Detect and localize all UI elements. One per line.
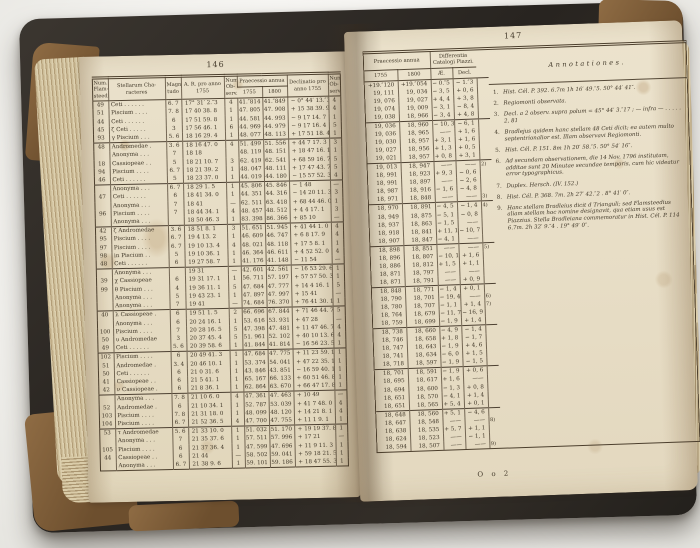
table-cell: 6 (171, 385, 187, 394)
header-declinatio: Declinatio pro anno 1755 (287, 73, 328, 97)
table-cell: 102 (98, 353, 114, 362)
table-cell: − 1, 5 (436, 219, 458, 228)
annotation-text: Ad secundam observationem, die 14 Nov. 1… (505, 152, 685, 178)
annotation-number: 5. (495, 147, 505, 154)
table-cell: 67. 844 (267, 307, 292, 316)
table-cell: 21 38 9. 6 (189, 460, 232, 470)
table-cell: 5. 6 (172, 427, 188, 436)
table-cell: 44. 180 (264, 173, 289, 182)
table-cell: 1 (332, 297, 344, 306)
table-cell: — (331, 213, 343, 222)
annotation-text: Hist. Cél. P. 151. 8m 1h 20′ 58.″5. 50° … (505, 141, 684, 154)
table-cell: 4 (328, 105, 340, 113)
table-body-left: 49Ceti . . . . . .6. 717° 31′ 2.″3441.″8… (92, 96, 348, 471)
table-cell: + 1, 6 (441, 376, 463, 385)
table-cell: 1 (232, 459, 245, 468)
header-differentia-piazzi: Differentia Catalogi Piazzi. (430, 50, 477, 68)
table-cell: 18, 507 (410, 442, 443, 451)
table-cell (225, 149, 238, 157)
table-cell: 1 (332, 264, 344, 273)
table-cell: 1 (230, 350, 243, 359)
table-cell: 47. 775 (268, 349, 293, 358)
printer-signature-mark: O o 2 (477, 469, 511, 478)
table-cell: 4 (331, 231, 343, 239)
annotation-text: Hist. Cél. P. 392. 6.7m 1h 16′ 49.″5. 50… (503, 83, 682, 96)
table-cell: 4 (331, 222, 343, 231)
table-cell: 48. 113 (263, 131, 288, 140)
table-cell: 59. 101 (245, 459, 270, 468)
table-cell: 44. 316 (264, 190, 289, 199)
table-cell: 4 (330, 171, 342, 180)
table-cell: 7 (169, 301, 185, 310)
annotation-number: 3. (494, 112, 504, 126)
table-cell: 1 (334, 357, 346, 365)
table-cell: 5. 6 (166, 133, 182, 142)
table-cell: —— (465, 440, 489, 449)
table-cell: 1 (228, 275, 241, 283)
table-cell: 1 (225, 132, 238, 141)
table-cell: + 71 46 44. 7 (292, 306, 333, 316)
table-cell: 47. 696 (269, 442, 294, 451)
table-cell: 44. 019 (239, 173, 264, 182)
header-praecessio-annua: Praecessio annua (237, 74, 287, 87)
table-cell: 1 (226, 165, 239, 173)
numeric-columns-right: Praecessio annua Differentia Catalogi Pi… (364, 50, 502, 452)
table-cell: 47. 805 (237, 106, 262, 115)
table-cell: 2 (229, 308, 242, 317)
table-cell: 6. 7 (167, 184, 183, 193)
table-cell: — (333, 315, 345, 323)
table-cell: 44. 581 (238, 115, 263, 124)
table-cell: 56. 711 (241, 275, 266, 284)
table-cell (97, 302, 113, 311)
table-cell: + 4, 8 (454, 110, 478, 119)
table-cell: 6 (169, 259, 185, 268)
table-cell: 4 (333, 331, 345, 339)
table-cell: − 15 57 52. 3 (289, 172, 330, 182)
table-cell: 4 (227, 241, 240, 249)
table-cell: 1 (336, 457, 348, 466)
table-cell (94, 185, 110, 194)
table-cell: + 0, 8 (463, 383, 487, 392)
header-prec-1800: 1800 (262, 86, 287, 98)
table-cell: 5 (229, 333, 242, 341)
table-cell: 47. 755 (269, 416, 294, 425)
table-cell: 44. 351 (239, 191, 264, 200)
table-cell: —— (463, 375, 487, 384)
book-photo: 146 Num. Flam- steedii Stellarum Cha- ra… (0, 0, 700, 548)
table-cell: + 11 1 9. 1 (294, 416, 335, 426)
table-cell: 59. 186 (270, 458, 295, 467)
table-cell: 48. 119 (238, 149, 263, 158)
table-cell: + 18 47 55. 3 (295, 458, 336, 468)
table-cell: 4 (224, 98, 237, 107)
table-cell: + 5, 7 (443, 425, 465, 434)
table-cell: 48 (96, 260, 112, 269)
annotation-text: Hanc stellam Bradleius dicit d Trianguli… (507, 199, 687, 232)
table-cell: 47. 684 (243, 350, 268, 359)
table-cell: 6 (170, 310, 186, 319)
table-cell: + 17 51 18. 4 (288, 130, 329, 140)
table-cell: 4 (328, 96, 340, 105)
table-cell: 53. 931 (267, 316, 292, 325)
table-cell (95, 218, 111, 227)
table-cell: 5 (329, 155, 341, 163)
table-cell: 41. 148 (266, 257, 291, 266)
table-cell: 6. 7 (165, 99, 181, 108)
table-cell: + 0, 9 (460, 275, 484, 284)
table-cell: 54. 041 (268, 358, 293, 367)
table-cell: 1 (231, 443, 244, 451)
table-cell: 4 (230, 392, 243, 401)
table-cell: 41. 844 (242, 341, 267, 350)
table-cell: 1 (334, 373, 346, 381)
table-cell (169, 268, 185, 277)
table-cell: 1 (231, 435, 244, 443)
table-cell: 5 (330, 163, 342, 171)
table-cell: 46. 609 (240, 233, 265, 242)
table-cell: — (334, 390, 346, 399)
table-cell: — (335, 433, 347, 441)
table-cell: 3 (225, 157, 238, 165)
table-cell: 1 (230, 375, 243, 383)
table-cell: 46 (94, 176, 110, 185)
table-cell: 18, 594 (377, 443, 410, 452)
table-cell: 86. 366 (265, 215, 290, 224)
header-marker-column (476, 50, 489, 78)
table-cell: 1 (226, 174, 239, 183)
table-cell: 104 (99, 420, 115, 429)
table-cell: 6. 7 (172, 419, 188, 428)
annotation-item: 9.Hanc stellam Bradleius dicit d Triangu… (497, 199, 687, 232)
table-cell: Anonyma . . . (116, 461, 173, 471)
header-prec-1755: 1755 (237, 87, 262, 99)
table-cell: 1 (231, 401, 244, 409)
table-cell: 1 (224, 107, 237, 115)
annotation-number: 4. (494, 130, 504, 144)
table-cell: 53. 039 (269, 400, 294, 409)
annotations-column: Annotationes. 1.Hist. Cél. P. 392. 6.7m … (488, 43, 700, 448)
table-cell: 1 (229, 342, 242, 351)
annotations-list: 1.Hist. Cél. P. 392. 6.7m 1h 16′ 49.″5. … (489, 78, 692, 237)
table-cell: 47. 463 (268, 391, 293, 400)
table-cell: 1 (334, 365, 346, 373)
header-num-observ-2: Num. Ob- serv. (328, 73, 340, 96)
table-cell: 4 (335, 399, 347, 407)
star-catalog-table-left: Num. Flam- steedii Stellarum Cha- racter… (91, 71, 348, 471)
table-cell: 52. 787 (244, 401, 269, 410)
table-cell: 1 (329, 147, 341, 155)
table-cell: 1 (227, 233, 240, 241)
table-cell: 3 (329, 138, 341, 147)
left-page: 146 Num. Flam- steedii Stellarum Cha- ra… (79, 51, 360, 503)
table-cell: 1 (331, 239, 343, 247)
table-cell: + 5, 1 (442, 408, 464, 417)
table-cell: —— (457, 193, 481, 202)
right-page: 147 Praecessio annua Differentia Catalog… (344, 20, 698, 502)
table-cell: 1 (335, 415, 347, 424)
table-cell: —— (443, 441, 465, 450)
table-cell: 1 (330, 197, 342, 205)
annotation-number: 2. (493, 101, 503, 108)
table-cell: 9) (489, 440, 501, 448)
header-magnitudo: Magni- tudo (165, 76, 181, 100)
header-stellarum-characteres: Stellarum Cha- racteres (108, 77, 165, 101)
table-cell: 40 (97, 311, 113, 320)
table-cell: 47. 908 (262, 106, 287, 115)
table-cell: 1 (231, 426, 244, 435)
table-cell: 1 (227, 249, 240, 257)
table-cell: 42 (95, 227, 111, 236)
table-cell: 1 (230, 359, 243, 367)
table-cell (96, 269, 112, 278)
table-cell: 1 (334, 382, 346, 391)
annotation-text: Hist. Cél. P. 368. 7m. 2h 27′ 42.″2 . 8°… (507, 188, 686, 201)
table-cell: 3. 6 (168, 226, 184, 235)
table-cell: 3 (330, 189, 342, 197)
annotation-text: Decl. a 2 observ. supra polum = 45° 44′ … (504, 106, 683, 125)
table-cell: 4 (225, 140, 238, 149)
table-cell: 57. 197 (266, 274, 291, 283)
table-cell: — (228, 300, 241, 309)
table-cell: 5 (228, 283, 241, 291)
table-cell: 4 (231, 417, 244, 426)
table-cell: + 76 41 30. 1 (291, 298, 332, 308)
annotation-number: 7. (496, 183, 506, 190)
table-cell: —— (458, 234, 482, 243)
table-cell: 53. 616 (242, 317, 267, 326)
table-cell: 4 (333, 323, 345, 331)
table-cell: 1 (225, 115, 238, 123)
table-cell: 1 (332, 273, 344, 281)
table-cell: 6 (225, 123, 238, 131)
table-cell: 1 (227, 216, 240, 225)
table-cell: 1 (230, 367, 243, 375)
table-cell: 6 (171, 352, 187, 361)
table-cell: 83. 398 (240, 215, 265, 224)
table-cell: 3 (331, 205, 343, 213)
table-cell: 4 (335, 407, 347, 415)
table-cell: − 0, 8 (457, 210, 481, 219)
table-cell: + 5, 4 (442, 400, 464, 409)
table-cell: 53. 374 (243, 359, 268, 368)
table-cell: 1 (226, 191, 239, 199)
table-cell: 63. 670 (268, 383, 293, 392)
table-cell: − 1, 9 (440, 358, 462, 367)
table-cell: 4 (331, 247, 343, 255)
table-cell: 1 (230, 384, 243, 393)
table-cell: 48 (93, 143, 109, 152)
header-num-flamsteedii: Num. Flam- steedii (92, 78, 108, 102)
table-cell: 48. 151 (263, 148, 288, 157)
table-cell: 1 (329, 113, 341, 121)
table-cell: 76. 370 (266, 299, 291, 308)
table-cell: 53 (99, 429, 115, 438)
table-cell (98, 395, 114, 404)
annotation-number: 6. (495, 159, 506, 179)
table-cell: + 1, 4 (461, 316, 485, 325)
annotation-text: Duplex. Hersch. (IV. 152.) (506, 177, 685, 190)
leather-strip-bottom (128, 500, 239, 531)
table-cell: + 66 47 17. 8 (293, 382, 334, 392)
table-cell: 1 (329, 129, 341, 138)
table-cell: 5 (333, 306, 345, 315)
header-num-observ: Num. Ob- serv. (224, 75, 237, 98)
table-cell: — (330, 180, 342, 189)
table-cell: 5 (229, 325, 242, 333)
table-cell: 5 (332, 281, 344, 289)
table-cell: — (232, 451, 245, 459)
table-cell: 1 (335, 424, 347, 433)
annotation-number: 8. (497, 194, 507, 201)
table-cell: − 4, 1 (442, 392, 464, 401)
table-cell: 1 (226, 182, 239, 191)
table-cell: 49 (97, 344, 113, 353)
table-cell: 66. 696 (242, 308, 267, 317)
table-cell: — (332, 255, 344, 264)
table-cell: 49 (92, 101, 108, 110)
table-cell: + 0, 1 (464, 399, 488, 408)
table-cell: 1 (334, 348, 346, 357)
table-cell: 44. 993 (263, 114, 288, 123)
table-cell: 47. 599 (244, 443, 269, 452)
table-cell: 42 (98, 386, 114, 395)
table-cell: 47. 361 (243, 392, 268, 401)
table-cell: 5 (329, 121, 341, 129)
table-cell: 3. 6 (166, 141, 182, 150)
table-cell: + 1, 5 (437, 260, 459, 269)
table-cell: 4 (227, 207, 240, 215)
table-cell: 1 (229, 317, 242, 325)
table-cell: − 1, 3 (441, 384, 463, 393)
table-cell: 93 (93, 134, 109, 143)
table-cell: + 11 23 59. 1 (293, 348, 334, 358)
annotation-item: 4.Bradlejus quidem hanc stellam 48 Ceti … (494, 123, 683, 143)
table-cell: − 1, 5 (462, 358, 486, 367)
table-cell: — (228, 266, 241, 275)
table-cell: 57. 996 (269, 434, 294, 443)
table-cell: 1 (333, 339, 345, 348)
table-cell: 57. 511 (244, 434, 269, 443)
annotation-text: Regiomonti observata. (503, 94, 682, 107)
annotation-item: 6.Ad secundam observationem, die 14 Nov.… (495, 152, 685, 178)
table-cell: 1 (336, 449, 348, 457)
header-ar-1755: A. R. pro anno 1755 (181, 75, 224, 99)
table-cell: − 16 56 23. 5 (292, 340, 333, 350)
table-cell: 62. 864 (243, 383, 268, 392)
table-cell: 47. 700 (244, 417, 269, 426)
table-cell: 1 (231, 409, 244, 417)
table-cell: 74. 684 (241, 299, 266, 308)
table-cell: 5. 6 (170, 343, 186, 352)
annotation-number: 1. (493, 90, 503, 97)
table-cell: 3 (227, 224, 240, 233)
table-cell: — (226, 199, 239, 207)
table-cell: 7. 8 (171, 394, 187, 403)
table-cell: 1 (228, 291, 241, 299)
table-cell: + 3, 1 (455, 152, 479, 161)
table-cell: 41. 814 (267, 341, 292, 350)
table-cell: — (332, 289, 344, 297)
table-cell (100, 462, 116, 471)
table-cell: + 14 4 16. 1 (291, 281, 332, 290)
table-cell: − 1, 9 (439, 317, 461, 326)
star-catalog-table-right: Praecessio annua Differentia Catalogi Pi… (363, 40, 700, 453)
table-cell: 46. 747 (265, 232, 290, 241)
table-cell: 1 (335, 441, 347, 449)
table-cell: − 5, 1 (435, 211, 457, 220)
table-cell: 5 (167, 175, 183, 184)
header-ar-diff: Æ. (430, 68, 452, 79)
table-header-right: Praecessio annua Differentia Catalogi Pi… (364, 50, 489, 82)
annotation-text: Bradlejus quidem hanc stellam 48 Ceti di… (504, 123, 683, 142)
table-cell: 1 (228, 258, 241, 267)
table-cell: 48. 077 (238, 131, 263, 140)
table-cell: − 1, 4 (457, 201, 481, 210)
table-cell: 6. 7 (173, 461, 189, 470)
table-cell (168, 217, 184, 226)
table-cell: 41. 176 (241, 257, 266, 266)
table-body-right: +19.″120+19.″054− 0.″5− 1.″319, 11119, 0… (365, 77, 502, 452)
annotation-item: 3.Decl. a 2 observ. supra polum = 45° 44… (494, 106, 683, 126)
